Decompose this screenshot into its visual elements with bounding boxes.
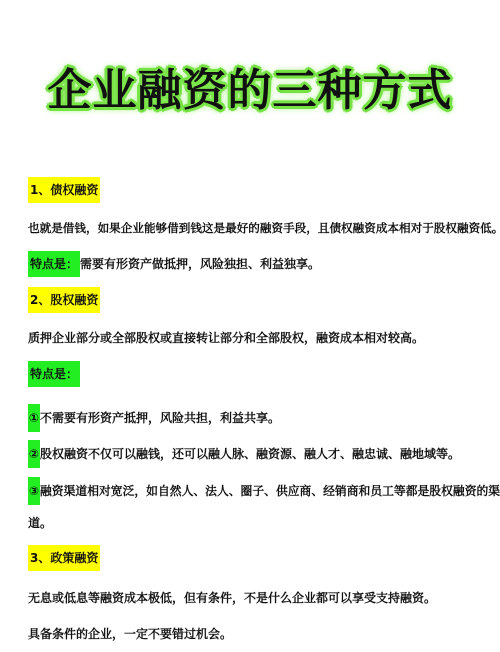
- section-2-feature-label-row: 特点是：: [28, 366, 80, 382]
- circled-number-1-icon: ①: [28, 404, 40, 432]
- section-2-feature-1: ①不需要有形资产抵押，风险共担，利益共享。: [28, 404, 280, 432]
- section-2-feature-label: 特点是：: [28, 361, 80, 387]
- section-2-heading: 2、股权融资: [28, 287, 100, 313]
- section-1-feature-label: 特点是：: [28, 251, 80, 277]
- section-3-heading: 3、政策融资: [28, 545, 100, 571]
- page-title: 企业融资的三种方式: [0, 54, 500, 118]
- feature-3-text: 融资渠道相对宽泛，如自然人、法人、圈子、供应商、经销商和员工等都是股权融资的渠: [40, 484, 500, 498]
- feature-1-text: 不需要有形资产抵押，风险共担，利益共享。: [40, 411, 280, 425]
- section-1-heading-row: 1、债权融资: [28, 182, 100, 198]
- section-2-feature-3-continuation: 道。: [28, 515, 52, 531]
- section-1-description: 也就是借钱，如果企业能够借到钱这是最好的融资手段，且债权融资成本相对于股权融资低…: [28, 220, 500, 236]
- circled-number-3-icon: ③: [28, 477, 40, 505]
- section-2-feature-3: ③融资渠道相对宽泛，如自然人、法人、圈子、供应商、经销商和员工等都是股权融资的渠: [28, 477, 500, 505]
- section-2-heading-row: 2、股权融资: [28, 292, 100, 308]
- section-3-description: 无息或低息等融资成本极低，但有条件，不是什么企业都可以享受支持融资。: [28, 590, 436, 606]
- section-3-heading-row: 3、政策融资: [28, 550, 100, 566]
- section-1-feature-row: 特点是：需要有形资产做抵押，风险独担、利益独享。: [28, 256, 320, 272]
- circled-number-2-icon: ②: [28, 440, 40, 468]
- section-1-feature-text: 需要有形资产做抵押，风险独担、利益独享。: [80, 257, 320, 271]
- section-2-feature-2: ②股权融资不仅可以融钱，还可以融人脉、融资源、融人才、融忠诚、融地域等。: [28, 440, 460, 468]
- section-3-note: 具备条件的企业，一定不要错过机会。: [28, 626, 232, 642]
- feature-2-text: 股权融资不仅可以融钱，还可以融人脉、融资源、融人才、融忠诚、融地域等。: [40, 447, 460, 461]
- section-1-heading: 1、债权融资: [28, 177, 100, 203]
- section-2-description: 质押企业部分或全部股权或直接转让部分和全部股权，融资成本相对较高。: [28, 330, 424, 346]
